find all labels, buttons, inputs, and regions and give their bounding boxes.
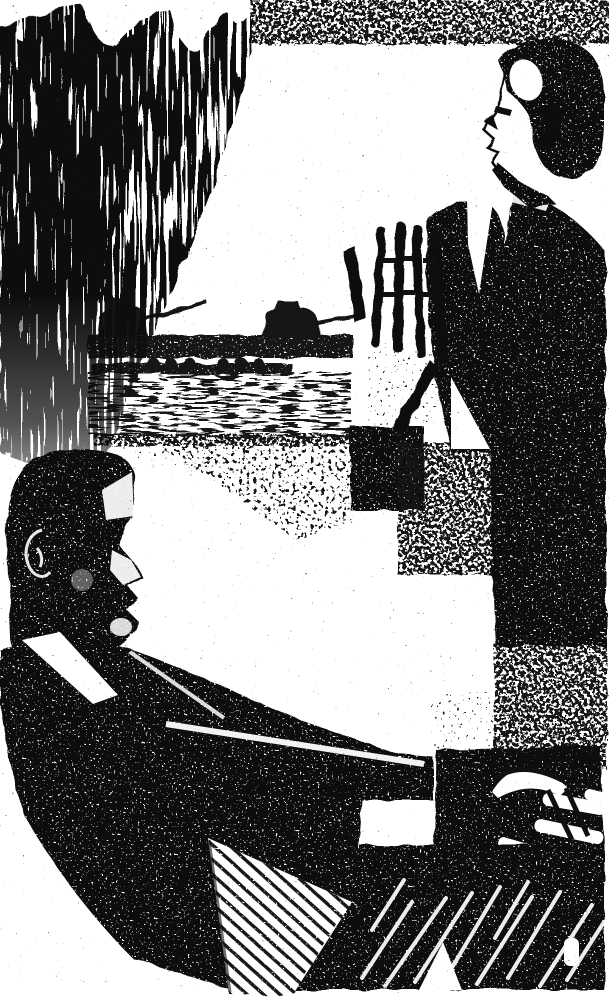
hands-speckle-right [528,700,606,748]
trouser-mass [346,845,604,990]
field-mottle-right [398,443,495,575]
hands-speckle-left [430,692,526,750]
tank-right-cupola [276,301,300,308]
seated-man-head [6,450,143,668]
illustration-canvas [0,0,609,1000]
trouser-notch [564,938,579,966]
tank-right-turret [263,308,319,337]
cheek-highlight [71,569,93,591]
grass-band [250,0,609,45]
window-sill [94,434,352,446]
clasped-hands [430,692,609,863]
palm-speckle [368,350,440,428]
illustration [0,0,609,1000]
standing-man-torso [490,190,606,646]
trousers [346,845,604,990]
chin-highlight [110,618,132,636]
